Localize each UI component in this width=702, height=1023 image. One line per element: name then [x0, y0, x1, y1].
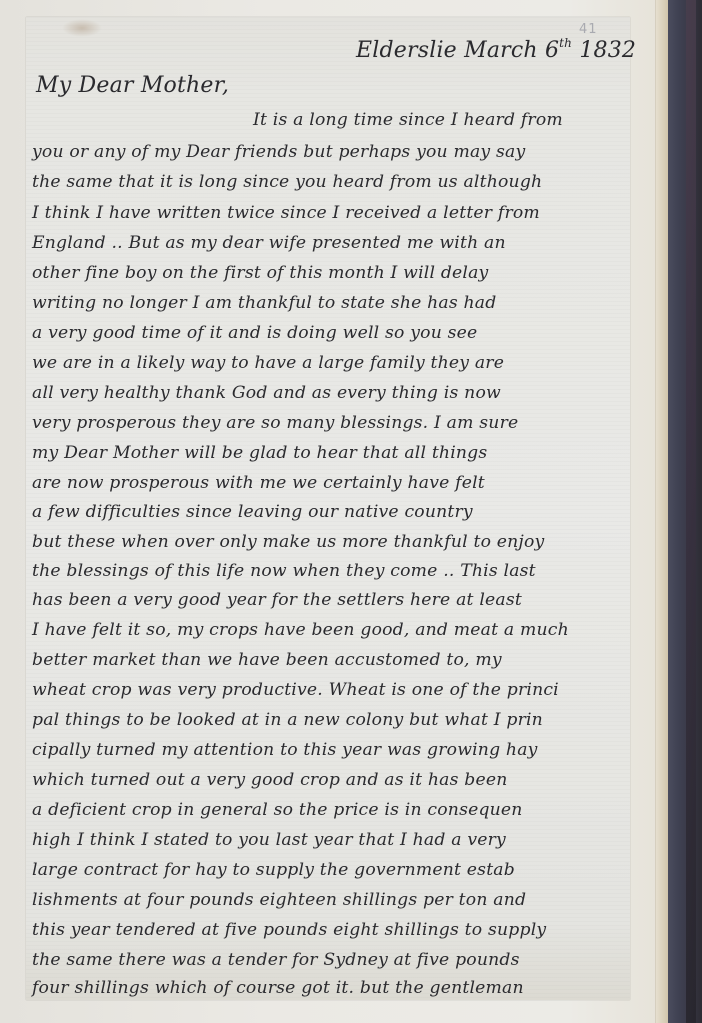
letter-line: but these when over only make us more th… — [32, 532, 544, 552]
folio-number: 41 — [579, 22, 598, 37]
letter-line: has been a very good year for the settle… — [32, 590, 522, 610]
letter-line: lishments at four pounds eighteen shilli… — [32, 890, 526, 910]
letter-line: very prosperous they are so many blessin… — [32, 413, 518, 433]
letter-line: cipally turned my attention to this year… — [32, 740, 538, 760]
letter-line: writing no longer I am thankful to state… — [32, 293, 496, 313]
letter-line: a very good time of it and is doing well… — [32, 323, 477, 343]
letter-salutation: My Dear Mother, — [36, 73, 229, 98]
letter-line: my Dear Mother will be glad to hear that… — [32, 443, 487, 463]
volume-binding-spine — [668, 0, 702, 1023]
letter-place: Elderslie — [356, 38, 457, 63]
backing-board-edge — [655, 0, 669, 1023]
letter-line: I have felt it so, my crops have been go… — [32, 620, 569, 640]
letter-line: all very healthy thank God and as every … — [32, 383, 501, 403]
letter-line: a deficient crop in general so the price… — [32, 800, 523, 820]
letter-line: this year tendered at five pounds eight … — [32, 920, 546, 940]
letter-line: a few difficulties since leaving our nat… — [32, 502, 473, 522]
letter-line: the same that it is long since you heard… — [32, 172, 542, 192]
letter-dateline: Elderslie March 6th 1832 — [356, 36, 636, 63]
letter-line: England .. But as my dear wife presented… — [32, 233, 506, 253]
letter-line: we are in a likely way to have a large f… — [32, 353, 504, 373]
letter-line: the blessings of this life now when they… — [32, 561, 536, 581]
letter-line: It is a long time since I heard from — [253, 110, 563, 130]
letter-line: you or any of my Dear friends but perhap… — [32, 142, 525, 162]
letter-date-suffix: th — [559, 36, 572, 50]
letter-line: pal things to be looked at in a new colo… — [32, 710, 543, 730]
letter-line: high I think I stated to you last year t… — [32, 830, 506, 850]
letter-line: which turned out a very good crop and as… — [32, 770, 508, 790]
letter-line: the same there was a tender for Sydney a… — [32, 950, 520, 970]
letter-line: are now prosperous with me we certainly … — [32, 473, 485, 493]
paper-stain — [62, 19, 102, 37]
letter-line: better market than we have been accustom… — [32, 650, 502, 670]
letter-date: March 6 — [464, 38, 559, 63]
letter-line: four shillings which of course got it. b… — [32, 978, 524, 998]
letter-year: 1832 — [579, 38, 636, 63]
letter-line: wheat crop was very productive. Wheat is… — [32, 680, 559, 700]
letter-line: large contract for hay to supply the gov… — [32, 860, 515, 880]
letter-line: I think I have written twice since I rec… — [32, 203, 540, 223]
letter-line: other fine boy on the first of this mont… — [32, 263, 488, 283]
